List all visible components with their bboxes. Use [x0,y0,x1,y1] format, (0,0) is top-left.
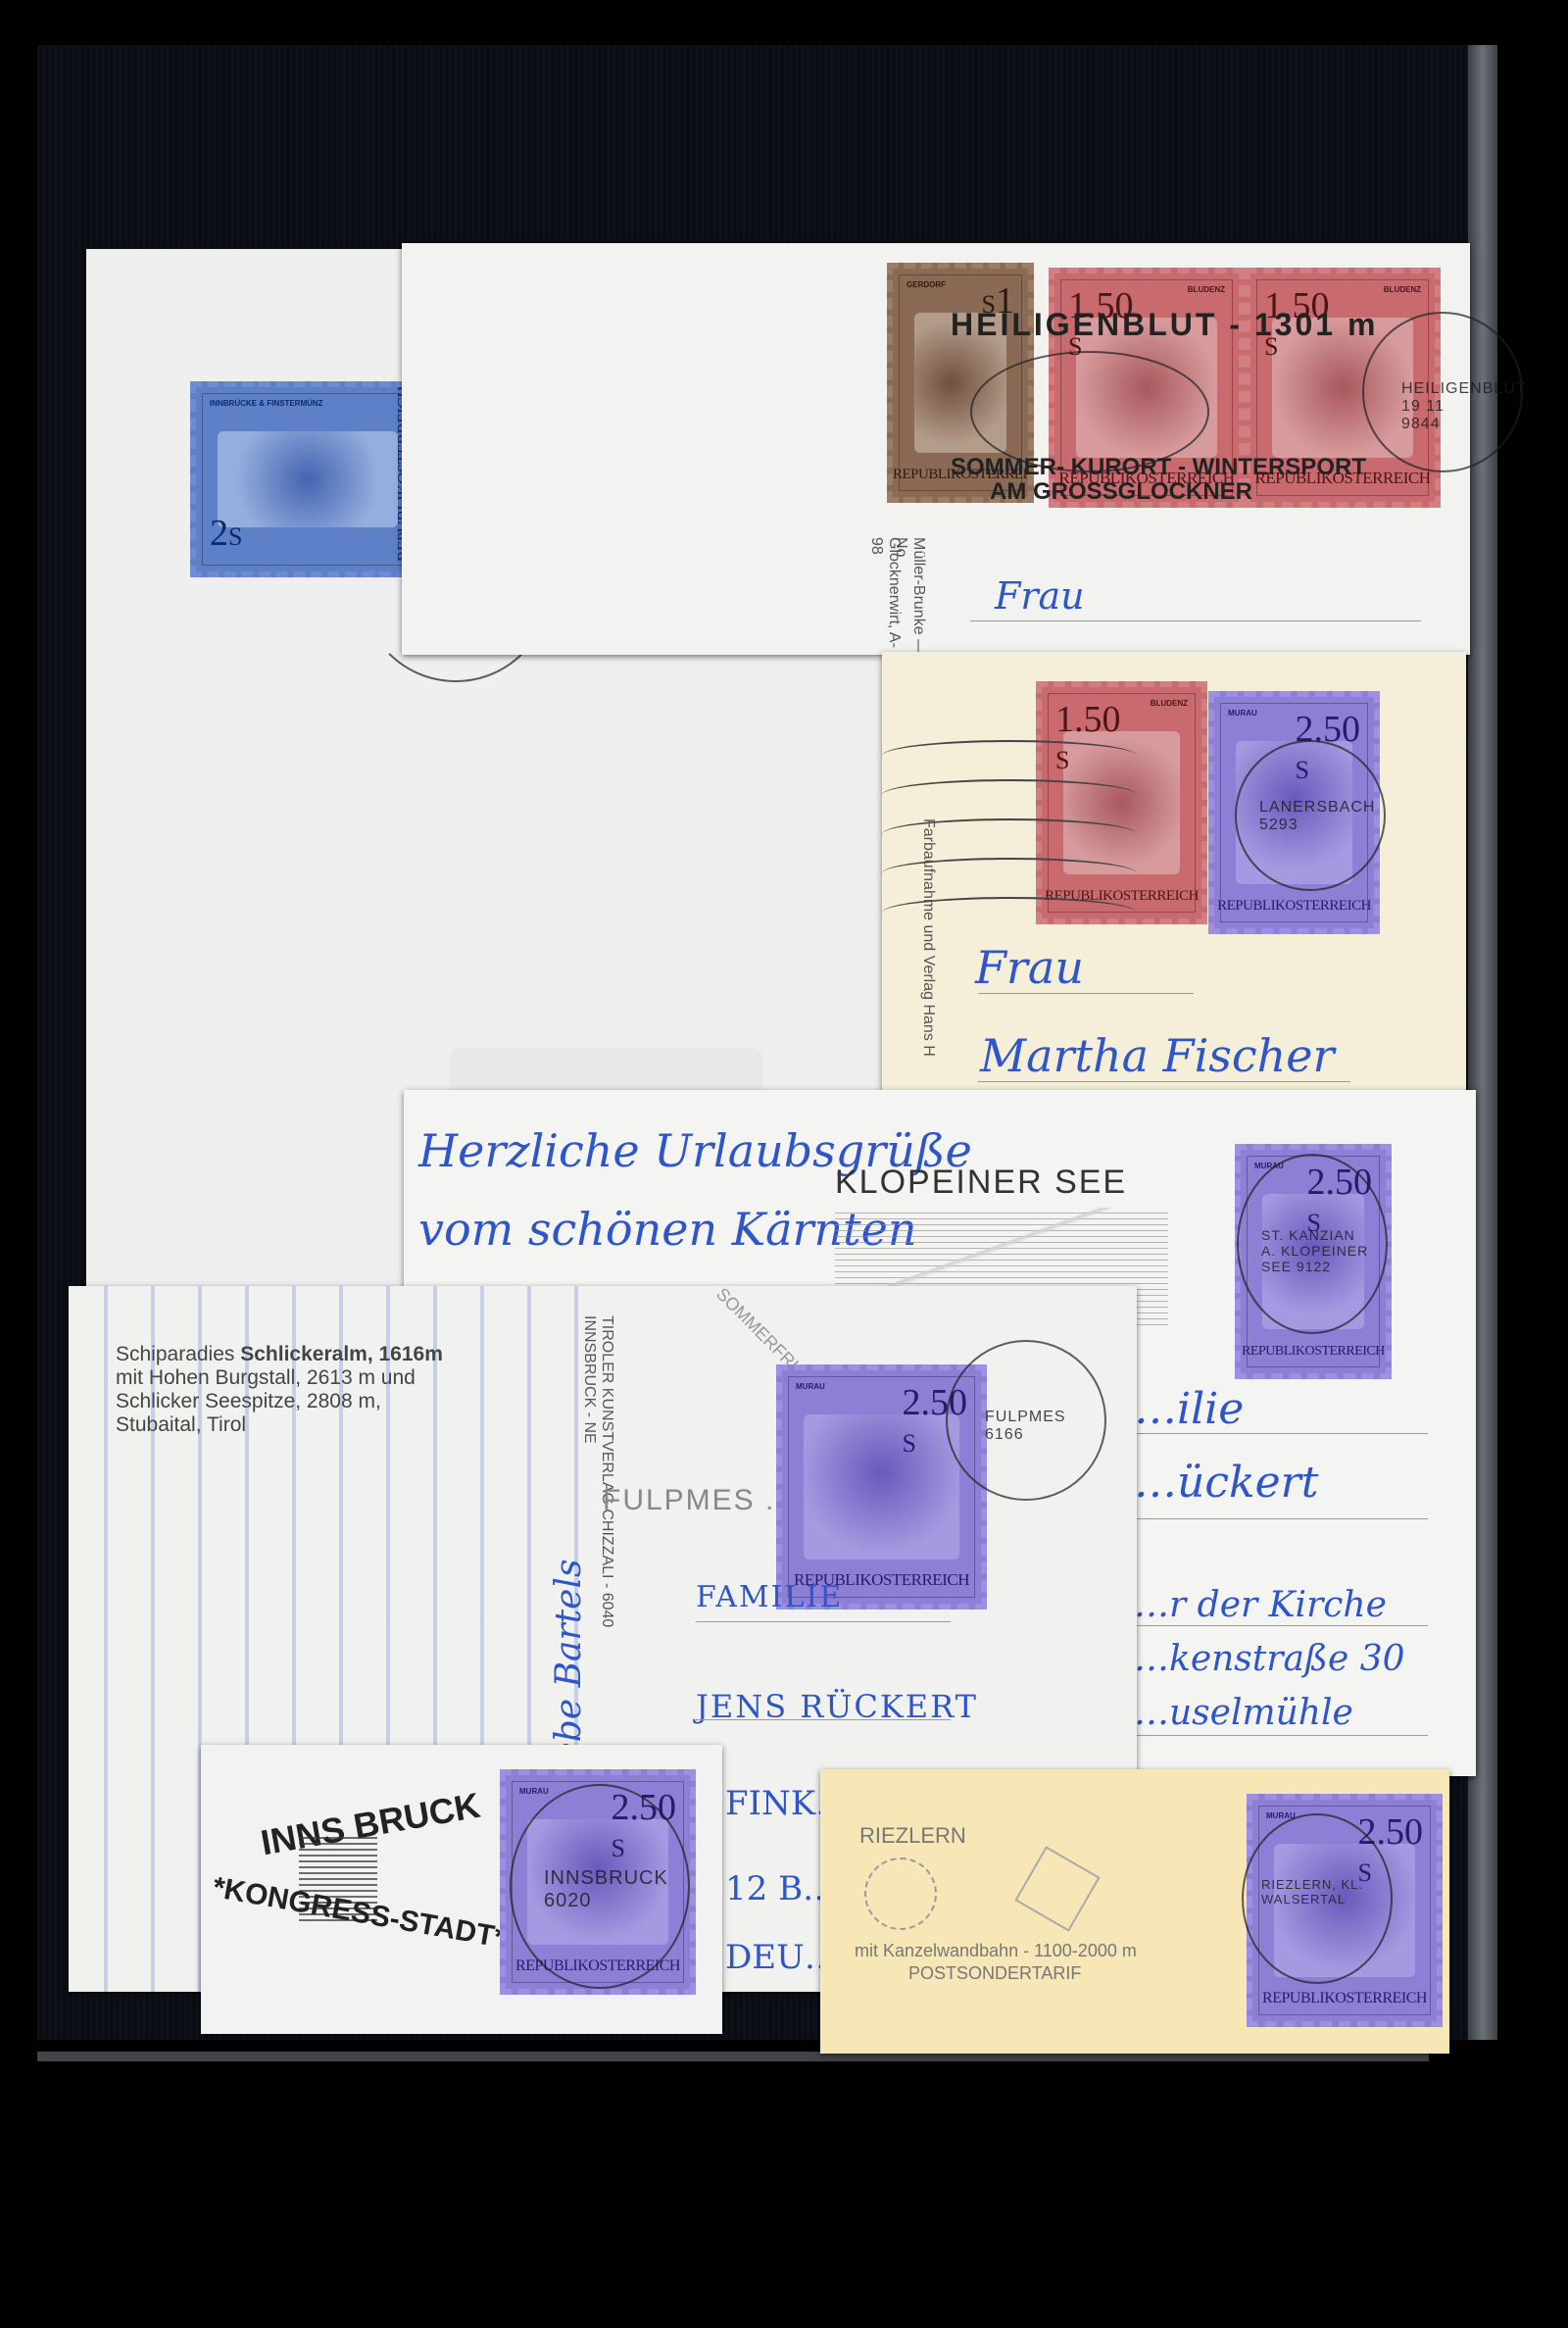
card-heiligenblut: GERDORF S1 REPUBLIKOSTERREICH BLUDENZ 1.… [402,243,1470,655]
address-frau: Frau [975,941,1084,994]
fragment-riezlern: RIEZLERN mit Kanzelwandbahn - 1100-2000 … [820,1769,1449,2054]
address-familie: FAMILIE [696,1580,843,1614]
card-lanersbach: BLUDENZ 1.50S REPUBLIKOSTERREICH MURAU 2… [882,652,1466,1103]
slogan-klopeiner-see: KLOPEINER SEE [835,1164,1127,1202]
machine-cancel [882,740,1137,771]
publisher-imprint: Farbaufnahme und Verlag Hans H [919,818,937,1103]
address-name: Martha Fischer [980,1029,1335,1082]
slogan-riezlern: RIEZLERN [859,1823,966,1849]
slogan-heiligenblut: HEILIGENBLUT - 1301 m [951,307,1378,343]
fragment-innsbruck: INNS BRUCK *KONGRESS-STADT* MURAU 2.50S … [201,1745,722,2034]
address-frau: Frau [995,574,1085,618]
daisy-icon [864,1857,937,1930]
snowflake-icon [1014,1846,1100,1931]
